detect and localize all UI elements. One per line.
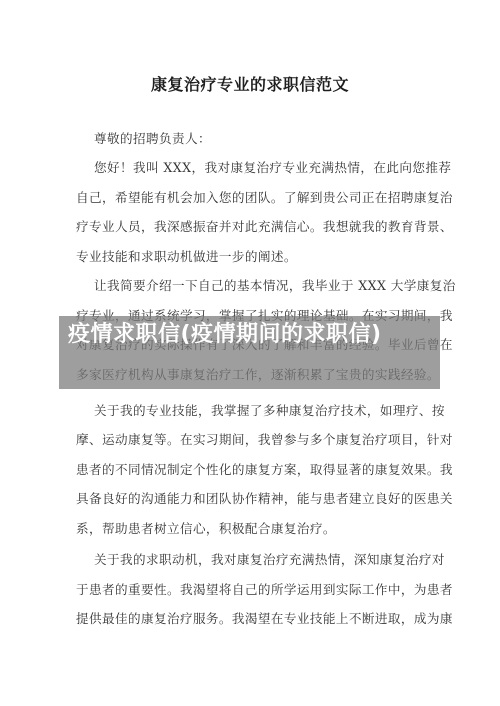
body-text-line: 具备良好的沟通能力和团队协作精神，能与患者建立良好的医患关 xyxy=(76,488,426,507)
body-text-line: 关于我的求职动机，我对康复治疗充满热情，深知康复治疗对 xyxy=(94,549,444,568)
body-text-line: 摩、运动康复等。在实习期间，我曾参与多个康复治疗项目，针对 xyxy=(76,429,426,448)
document-page: 康复治疗专业的求职信范文 尊敬的招聘负责人：您好！我叫 XXX，我对康复治疗专业… xyxy=(0,0,500,706)
body-text-line: 您好！我叫 XXX，我对康复治疗专业充满热情，在此向您推荐 xyxy=(94,157,444,176)
body-text-line: 让我简要介绍一下自己的基本情况，我毕业于 XXX 大学康复治 xyxy=(94,275,444,294)
body-text-line: 关于我的专业技能，我掌握了多种康复治疗技术，如理疗、按 xyxy=(94,400,444,419)
body-text-line: 患者的不同情况制定个性化的康复方案，取得显著的康复效果。我 xyxy=(76,459,426,478)
body-text-line: 尊敬的招聘负责人： xyxy=(94,128,444,147)
document-title: 康复治疗专业的求职信范文 xyxy=(0,72,500,95)
body-text-line: 专业技能和求职动机做进一步的阐述。 xyxy=(76,246,426,265)
body-text-line: 疗专业人员，我深感振奋并对此充满信心。我想就我的教育背景、 xyxy=(76,216,426,235)
body-text-line: 提供最佳的康复治疗服务。我渴望在专业技能上不断进取，成为康 xyxy=(76,608,426,627)
body-text-line: 自己，希望能有机会加入您的团队。了解到贵公司正在招聘康复治 xyxy=(76,187,426,206)
body-text-line: 于患者的重要性。我渴望将自己的所学运用到实际工作中，为患者 xyxy=(76,579,426,598)
body-text-line: 系，帮助患者树立信心，积极配合康复治疗。 xyxy=(76,518,426,537)
caption-overlay-text: 疫情求职信(疫情期间的求职信) xyxy=(68,318,440,351)
